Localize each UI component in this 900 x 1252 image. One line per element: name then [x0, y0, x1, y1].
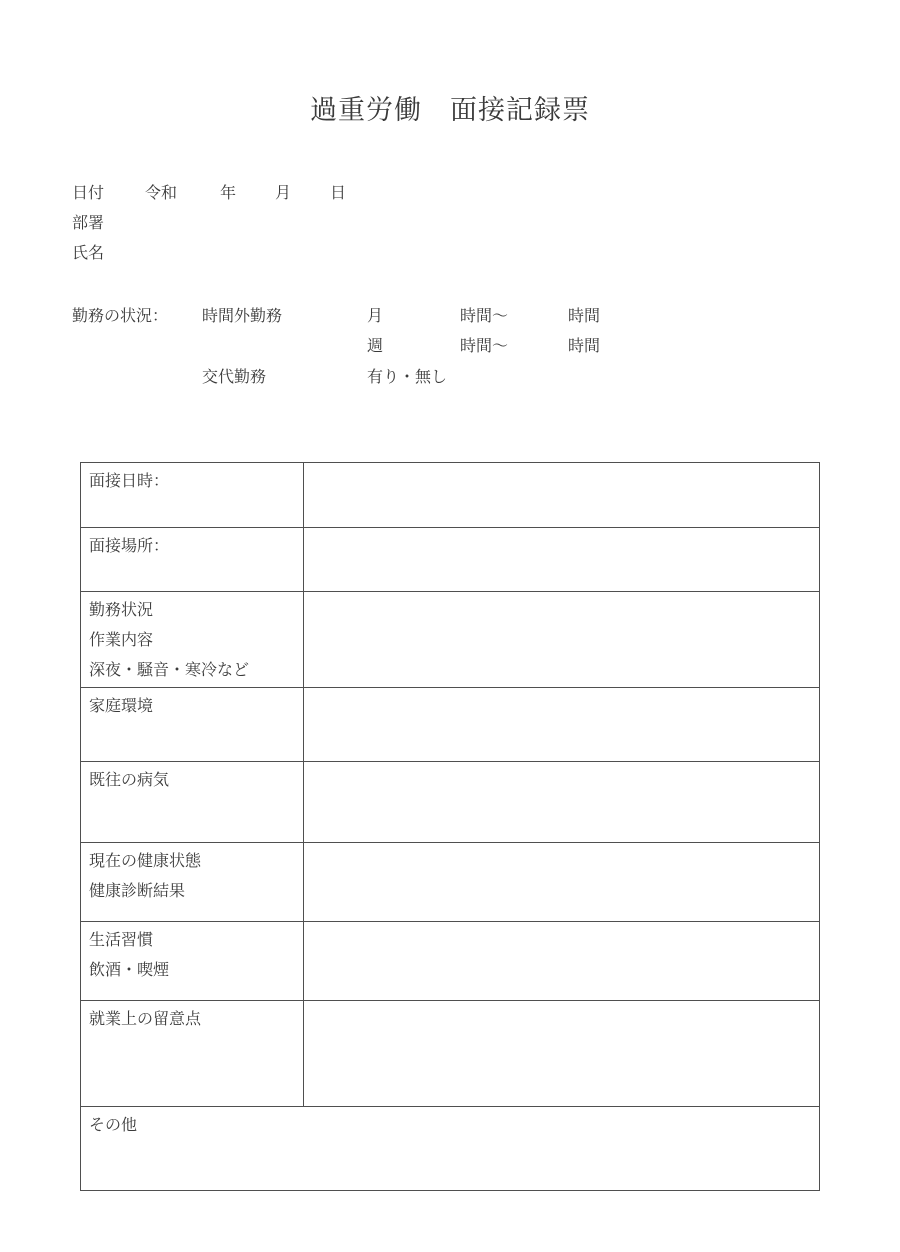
row-label-cell: その他	[81, 1107, 819, 1190]
row-value-cell	[304, 762, 819, 842]
table-row: その他	[81, 1107, 819, 1190]
year-label: 年	[220, 184, 236, 204]
row-label-line: 現在の健康状態	[89, 847, 295, 877]
hours-unit-label: 時間	[568, 307, 600, 327]
row-value-cell	[304, 463, 819, 527]
interview-record-table: 面接日時：面接場所：勤務状況作業内容深夜・騒音・寒冷など家庭環境既往の病気現在の…	[80, 462, 820, 1191]
overtime-label: 時間外勤務	[202, 307, 282, 327]
table-row: 既往の病気	[81, 762, 819, 843]
department-label: 部署	[72, 214, 104, 234]
row-label-line: 面接場所：	[89, 532, 295, 562]
table-row: 家庭環境	[81, 688, 819, 762]
table-row: 面接日時：	[81, 463, 819, 528]
row-label-cell: 就業上の留意点	[81, 1001, 304, 1106]
row-value-cell	[304, 592, 819, 687]
row-label-line: 就業上の留意点	[89, 1005, 295, 1035]
row-label-line: 家庭環境	[89, 692, 295, 722]
row-label-line: 健康診断結果	[89, 877, 295, 907]
date-label: 日付	[72, 184, 104, 204]
row-value-cell	[304, 922, 819, 1000]
week-unit-label: 週	[367, 337, 383, 357]
document-page: 過重労働 面接記録票 日付 令和 年 月 日 部署 氏名 勤務の状況： 時間外勤…	[0, 0, 900, 1252]
row-label-line: 深夜・騒音・寒冷など	[89, 656, 295, 686]
work-status-line-2: 週 時間～ 時間	[0, 337, 900, 357]
work-status-label: 勤務の状況：	[72, 307, 168, 327]
row-label-line: 作業内容	[89, 626, 295, 656]
row-label-line: 既往の病気	[89, 766, 295, 796]
row-value-cell	[304, 1001, 819, 1106]
month-unit-label: 月	[367, 307, 383, 327]
row-label-line: その他	[89, 1111, 811, 1141]
shift-options-label: 有り・無し	[367, 368, 447, 388]
row-label-cell: 面接日時：	[81, 463, 304, 527]
row-label-line: 飲酒・喫煙	[89, 956, 295, 986]
month-label: 月	[275, 184, 291, 204]
hours-unit-label: 時間	[568, 337, 600, 357]
row-label-line: 面接日時：	[89, 467, 295, 497]
row-label-cell: 既往の病気	[81, 762, 304, 842]
row-value-cell	[304, 528, 819, 591]
table-row: 勤務状況作業内容深夜・騒音・寒冷など	[81, 592, 819, 688]
department-line: 部署	[0, 214, 900, 234]
row-label-cell: 現在の健康状態健康診断結果	[81, 843, 304, 921]
row-label-cell: 面接場所：	[81, 528, 304, 591]
page-title: 過重労働 面接記録票	[0, 95, 900, 125]
work-status-line-1: 勤務の状況： 時間外勤務 月 時間～ 時間	[0, 307, 900, 327]
row-label-cell: 生活習慣飲酒・喫煙	[81, 922, 304, 1000]
shift-work-label: 交代勤務	[202, 368, 266, 388]
table-row: 面接場所：	[81, 528, 819, 592]
table-row: 現在の健康状態健康診断結果	[81, 843, 819, 922]
era-label: 令和	[145, 184, 177, 204]
day-label: 日	[330, 184, 346, 204]
date-line: 日付 令和 年 月 日	[0, 184, 900, 204]
row-value-cell	[304, 843, 819, 921]
row-value-cell	[304, 688, 819, 761]
work-status-line-3: 交代勤務 有り・無し	[0, 368, 900, 388]
table-row: 就業上の留意点	[81, 1001, 819, 1107]
row-label-line: 生活習慣	[89, 926, 295, 956]
row-label-line: 勤務状況	[89, 596, 295, 626]
row-label-cell: 家庭環境	[81, 688, 304, 761]
hours-from-label: 時間～	[460, 307, 508, 327]
table-row: 生活習慣飲酒・喫煙	[81, 922, 819, 1001]
hours-from-label: 時間～	[460, 337, 508, 357]
name-line: 氏名	[0, 244, 900, 264]
name-label: 氏名	[72, 244, 104, 264]
row-label-cell: 勤務状況作業内容深夜・騒音・寒冷など	[81, 592, 304, 687]
